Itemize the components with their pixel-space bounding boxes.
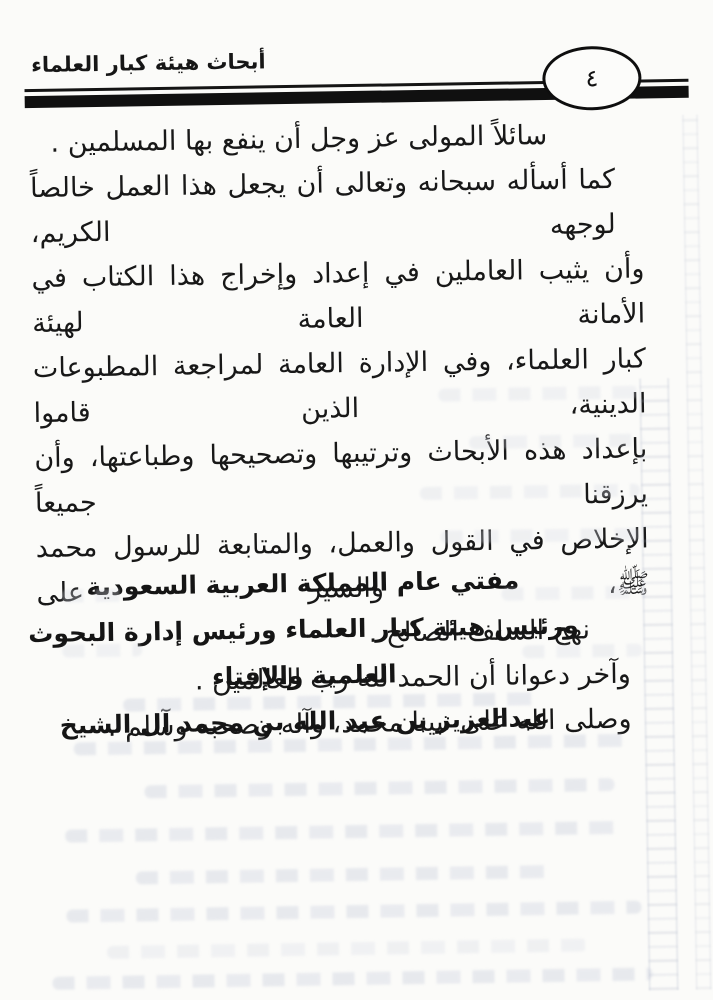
signature-block: مفتي عام المملكة العربية السعودية ورئيس …: [0, 556, 612, 750]
scanned-content: أبحاث هيئة كبار العلماء ٤ سائلاً المولى …: [0, 0, 713, 1000]
body-line: كبار العلماء، وفي الإدارة العامة لمراجعة…: [33, 336, 647, 436]
body-line: بإعداد هذه الأبحاث وترتيبها وتصحيحها وطب…: [34, 426, 648, 526]
body-line: وأن يثيب العاملين في إعداد وإخراج هذا ال…: [31, 246, 645, 346]
page-number-badge: ٤: [542, 45, 642, 111]
signature-line-role-2: ورئيس هيئة كبار العلماء ورئيس إدارة البح…: [0, 602, 611, 704]
bleed-through-line: [107, 938, 587, 959]
bleed-through-line: [65, 821, 625, 843]
body-line: كما أسأله سبحانه وتعالى أن يجعل هذا العم…: [30, 156, 644, 256]
page-number: ٤: [585, 66, 598, 90]
signature-line-name: عبدالعزيز بن عبد الله بن محمد آل الشيخ: [0, 694, 612, 750]
ornament-border-band: [682, 115, 712, 990]
bleed-through-line: [136, 865, 556, 885]
bleed-through-line: [66, 901, 641, 923]
running-head-title: أبحاث هيئة كبار العلماء: [31, 49, 266, 77]
bleed-through-line: [144, 778, 614, 798]
bleed-through-line: [52, 967, 652, 989]
book-page: أبحاث هيئة كبار العلماء ٤ سائلاً المولى …: [0, 0, 713, 1000]
